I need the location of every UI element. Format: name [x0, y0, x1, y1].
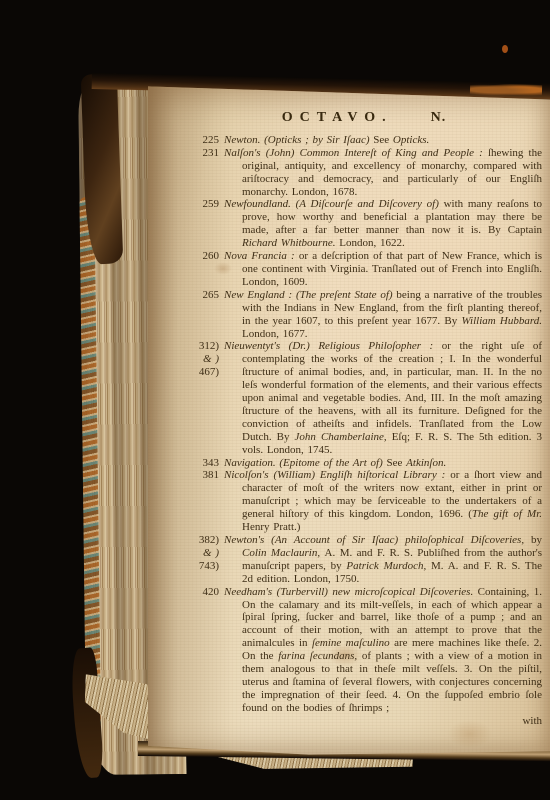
catalog-entry: 382)& )743) Newton's (An Account of Sir …	[186, 534, 542, 586]
entry-text: Newfoundland. (A Diſcourſe and Diſcovery…	[224, 198, 542, 250]
rust-speck	[502, 45, 508, 53]
entry-number: 259	[186, 198, 224, 211]
entry-text: Newton. (Opticks ; by Sir Iſaac) See Opt…	[224, 134, 542, 147]
section-letter: N.	[431, 112, 447, 125]
book-page: OCTAVO. N. 225 Newton. (Opticks ; by Sir…	[148, 84, 550, 756]
entry-text: Needham's (Turbervill) new microſcopical…	[224, 586, 542, 715]
entry-text: Nieuwentyt's (Dr.) Religious Philoſopher…	[224, 340, 542, 456]
page-header-title: OCTAVO.	[282, 112, 393, 125]
catalog-entry: 420 Needham's (Turbervill) new microſcop…	[186, 586, 542, 728]
entry-number: 225	[186, 134, 224, 147]
entry-number: 343	[186, 457, 224, 470]
catalog-entry: 343 Navigation. (Epitome of the Art of) …	[186, 457, 542, 470]
entry-text: New England : (The preſent State of) bei…	[224, 289, 542, 341]
entry-number: 231	[186, 147, 224, 160]
top-right-rust-wear	[470, 83, 542, 98]
entry-number: 420	[186, 586, 224, 599]
entry-text: Nalſon's (John) Common Intereſt of King …	[224, 147, 542, 199]
entry-number: 260	[186, 250, 224, 263]
catalog-entry: 225 Newton. (Opticks ; by Sir Iſaac) See…	[186, 134, 542, 147]
page-header: OCTAVO. N.	[186, 112, 542, 125]
entry-text: Navigation. (Epitome of the Art of) See …	[224, 457, 542, 470]
catchword: with	[224, 715, 542, 728]
entry-number: 382)& )743)	[186, 534, 224, 573]
entry-text: Newton's (An Account of Sir Iſaac) philo…	[224, 534, 542, 586]
photo-background: OCTAVO. N. 225 Newton. (Opticks ; by Sir…	[0, 0, 550, 800]
catalog-entry: 260 Nova Francia : or a deſcription of t…	[186, 250, 542, 289]
entry-number: 381	[186, 469, 224, 482]
entry-text-column: Needham's (Turbervill) new microſcopical…	[224, 586, 542, 728]
catalog-entry: 381 Nicolſon's (William) Engliſh hiſtori…	[186, 469, 542, 534]
catalog-entry: 312)& )467) Nieuwentyt's (Dr.) Religious…	[186, 340, 542, 456]
entry-number: 265	[186, 289, 224, 302]
entry-number: 312)& )467)	[186, 340, 224, 379]
entry-text: Nicolſon's (William) Engliſh hiſtorical …	[224, 469, 542, 534]
page-content: OCTAVO. N. 225 Newton. (Opticks ; by Sir…	[186, 112, 542, 728]
entry-text: Nova Francia : or a deſcription of that …	[224, 250, 542, 289]
catalog-entry: 265 New England : (The preſent State of)…	[186, 289, 542, 341]
catalog-entry: 259 Newfoundland. (A Diſcourſe and Diſco…	[186, 198, 542, 250]
catalog-entry: 231 Nalſon's (John) Common Intereſt of K…	[186, 147, 542, 199]
